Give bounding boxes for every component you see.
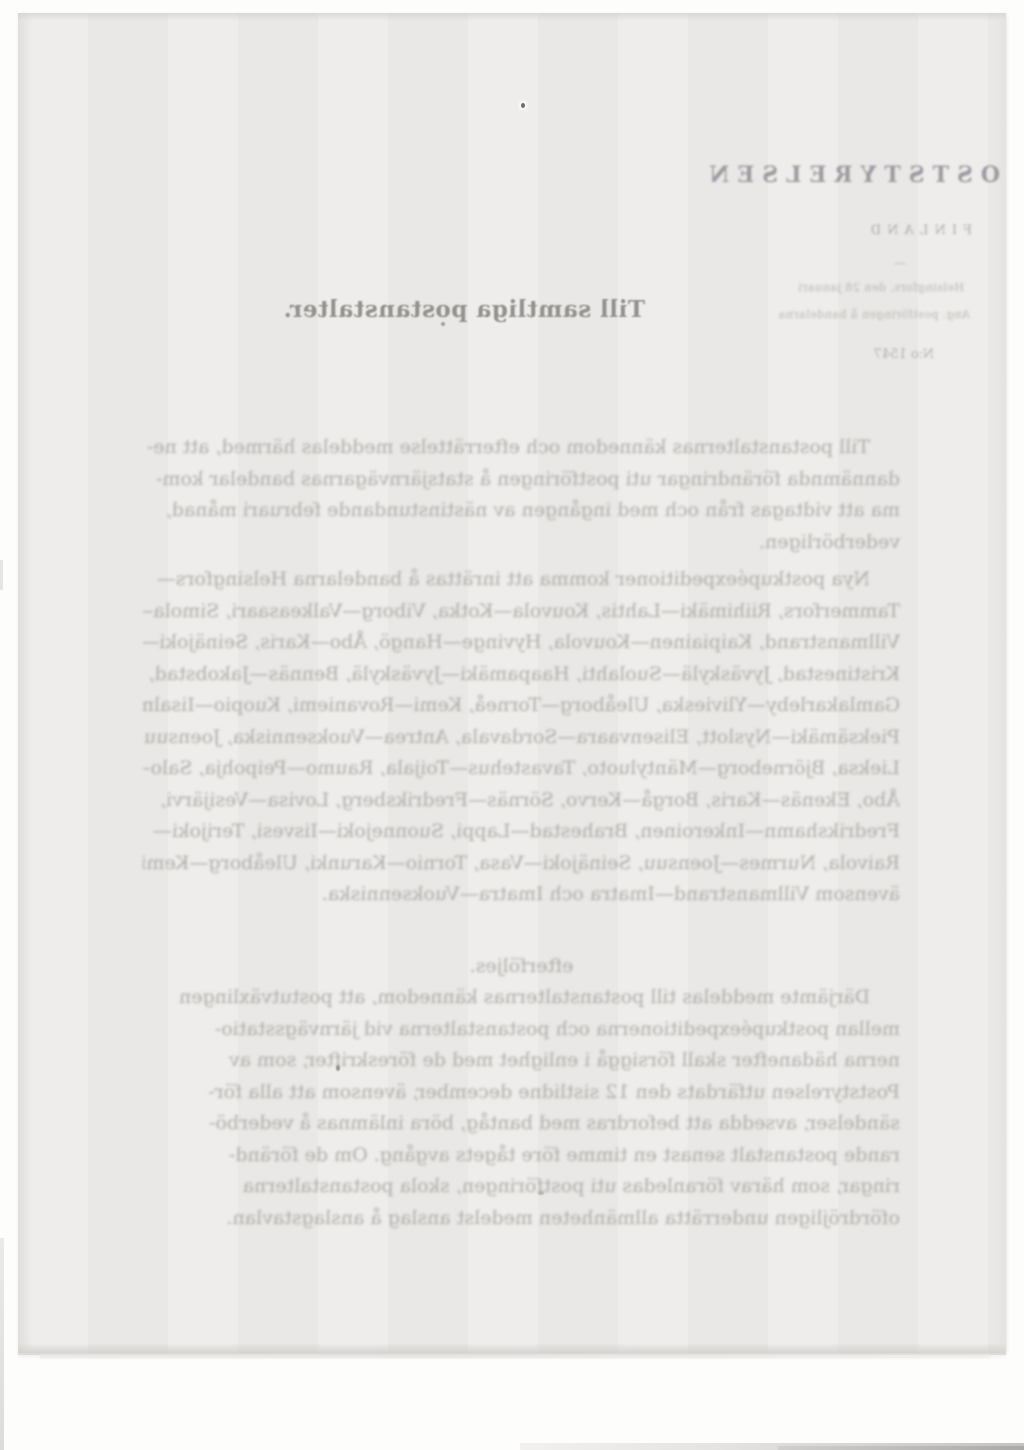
- ink-speck-below-heading: [441, 322, 445, 326]
- paragraph-line: Pieksämäki—Nyslott, Elisenvaara—Sordaval…: [143, 722, 900, 754]
- scan-left-edge-mark: [0, 560, 3, 590]
- ink-speck-middle: [336, 1065, 340, 1071]
- paragraph-line: Därjämte meddelas till postanstalternas …: [143, 982, 900, 1014]
- letterhead-divider-rule: —: [894, 256, 906, 270]
- mirrored-showthrough-content: OSTSTYRELSEN FINLAND — Helsingfors, den …: [18, 13, 1006, 1353]
- paragraph-line: Kristinestad, Jyväskylä—Suolahti, Haapam…: [143, 659, 900, 691]
- paragraph-line: Villmanstrand, Kaipiainen—Kouvola, Hyvin…: [143, 627, 900, 659]
- document-sheet: OSTSTYRELSEN FINLAND — Helsingfors, den …: [18, 13, 1006, 1353]
- body-paragraph-1: Till postanstalternas kännedom och efter…: [143, 432, 900, 558]
- body-paragraph-3: Därjämte meddelas till postanstalternas …: [143, 982, 900, 1234]
- paragraph-line: Åbo, Ekenäs—Karis, Borgå—Kervo, Sörnäs—F…: [143, 785, 900, 817]
- paragraph-line: ringar, som härav föranledas uti postför…: [143, 1171, 900, 1203]
- paragraph-line: Till postanstalternas kännedom och efter…: [143, 432, 900, 464]
- letterhead-small-line-1: Helsingfors, den 28 januari: [798, 281, 964, 294]
- paragraph-line: ofördröjligen underrätta allmänheten med…: [143, 1203, 900, 1235]
- letterhead-number-line: N:o 1547: [874, 347, 934, 362]
- paragraph-line: Raivola, Nurmes—Joensuu, Seinäjoki—Vasa,…: [143, 848, 900, 880]
- letterhead-organization: OSTSTYRELSEN: [701, 162, 1000, 188]
- paragraph-line: vederbörligen.: [143, 527, 900, 559]
- paragraph-line: Nya postkupéexpeditioner komma att inrät…: [143, 564, 900, 596]
- paragraph-line: nerna hädanefter skall försiggå i enligh…: [143, 1045, 900, 1077]
- ink-speck-lower: [538, 1191, 544, 1195]
- paragraph-line: dannämnda förändringar uti postföringen …: [143, 464, 900, 496]
- paragraph-line: Poststyrelsen utfärdats den 12 sistlidne…: [143, 1077, 900, 1109]
- scanned-image-canvas: OSTSTYRELSEN FINLAND — Helsingfors, den …: [0, 0, 1024, 1450]
- paragraph-line: Fredrikshamn—Inkeroinen, Brahestad—Lappi…: [143, 816, 900, 848]
- paragraph-line: Gamlakarleby—Ylivieska, Uleåborg—Torneå,…: [143, 690, 900, 722]
- body-paragraph-2: Nya postkupéexpeditioner komma att inrät…: [143, 564, 900, 911]
- paragraph-line: sändelser, avsedda att befordras med ban…: [143, 1108, 900, 1140]
- scan-bottom-edge-bar-dark: [778, 1446, 1024, 1450]
- paragraph-line: rande postanstalt senast en timme före t…: [143, 1140, 900, 1172]
- paragraph-line: mellan postkupéexpeditionerna och postan…: [143, 1014, 900, 1046]
- standalone-centered-line: efterföljes.: [143, 951, 900, 983]
- paragraph-line: Tammerfors, Riihimäki—Lahtis, Kouvola—Ko…: [143, 596, 900, 628]
- body-text-column: Till postanstalternas kännedom och efter…: [143, 432, 900, 1234]
- main-heading: Till samtliga postanstalter.: [283, 296, 645, 323]
- paragraph-line: ävensom Villmanstrand—Imatra och Imatra—…: [143, 879, 900, 911]
- paragraph-line: Lieksa, Björneborg—Mäntyluoto, Tavastehu…: [143, 753, 900, 785]
- letterhead-small-line-2: Ang. postföringen å bandelarna: [778, 308, 970, 321]
- ink-speck-top: [521, 103, 525, 108]
- letterhead-country: FINLAND: [865, 223, 972, 238]
- sheet-bottom-shadow: [40, 1355, 990, 1358]
- scan-left-edge-strip: [0, 1238, 4, 1450]
- paragraph-line: ma att vidtagas från och med ingången av…: [143, 495, 900, 527]
